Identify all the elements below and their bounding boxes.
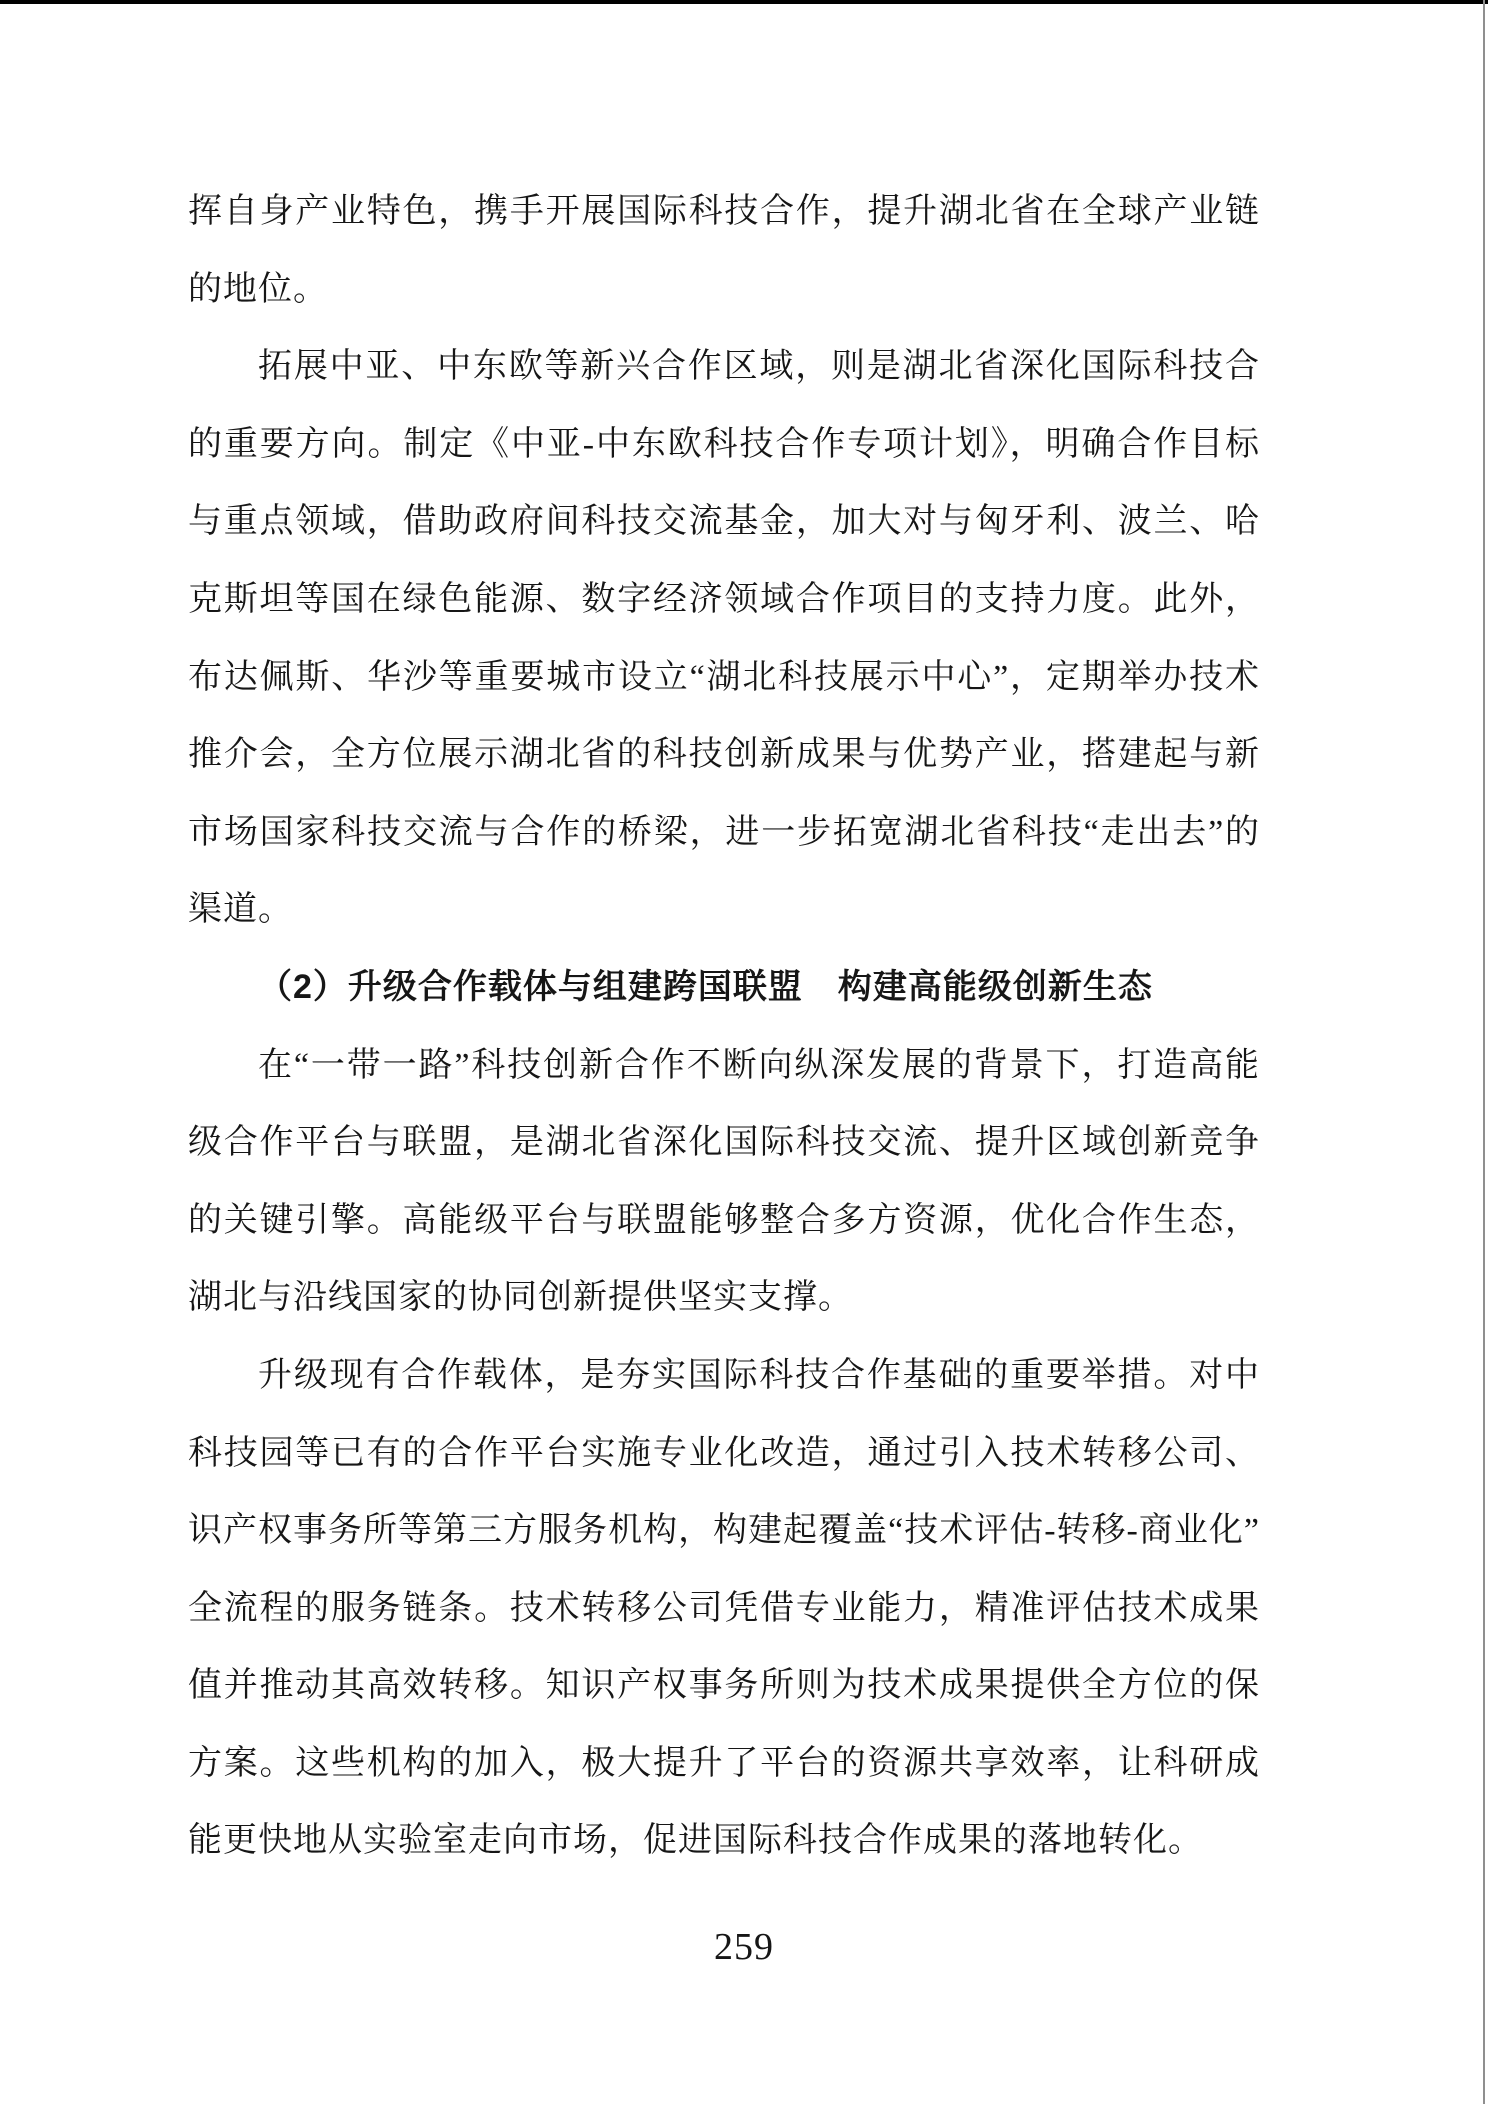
text-line: 值并推动其高效转移。知识产权事务所则为技术成果提供全方位的保护 (188, 1647, 1260, 1725)
text-line: 全流程的服务链条。技术转移公司凭借专业能力，精准评估技术成果价 (188, 1570, 1260, 1648)
page-number: 259 (0, 1922, 1488, 1972)
text-line: 推介会，全方位展示湖北省的科技创新成果与优势产业，搭建起与新兴 (188, 716, 1260, 794)
text-line: 级合作平台与联盟，是湖北省深化国际科技交流、提升区域创新竞争力 (188, 1104, 1260, 1182)
text-line: 科技园等已有的合作平台实施专业化改造，通过引入技术转移公司、知 (188, 1415, 1260, 1493)
text-line: 升级现有合作载体，是夯实国际科技合作基础的重要举措。对中比 (188, 1337, 1260, 1415)
top-edge-rule (0, 0, 1488, 4)
text-line: 的地位。 (188, 251, 1260, 329)
section-heading: （2）升级合作载体与组建跨国联盟 构建高能级创新生态 (188, 949, 1260, 1027)
text-block: 挥自身产业特色，携手开展国际科技合作，提升湖北省在全球产业链中 的地位。 拓展中… (188, 173, 1260, 1880)
text-line: 挥自身产业特色，携手开展国际科技合作，提升湖北省在全球产业链中 (188, 173, 1260, 251)
text-line: 布达佩斯、华沙等重要城市设立“湖北科技展示中心”，定期举办技术 (188, 639, 1260, 717)
text-line: 的关键引擎。高能级平台与联盟能够整合多方资源，优化合作生态，为 (188, 1182, 1260, 1260)
text-line: 拓展中亚、中东欧等新兴合作区域，则是湖北省深化国际科技合作 (188, 328, 1260, 406)
text-line: 与重点领域，借助政府间科技交流基金，加大对与匈牙利、波兰、哈萨 (188, 483, 1260, 561)
text-line: 克斯坦等国在绿色能源、数字经济领域合作项目的支持力度。此外，在 (188, 561, 1260, 639)
text-line: 在“一带一路”科技创新合作不断向纵深发展的背景下，打造高能 (188, 1027, 1260, 1105)
text-line: 湖北与沿线国家的协同创新提供坚实支撑。 (188, 1259, 1260, 1337)
text-line: 能更快地从实验室走向市场，促进国际科技合作成果的落地转化。 (188, 1802, 1260, 1880)
text-line: 识产权事务所等第三方服务机构，构建起覆盖“技术评估-转移-商业化” (188, 1492, 1260, 1570)
text-line: 方案。这些机构的加入，极大提升了平台的资源共享效率，让科研成果 (188, 1725, 1260, 1803)
text-line: 的重要方向。制定《中亚-中东欧科技合作专项计划》，明确合作目标 (188, 406, 1260, 484)
right-edge-rule (1483, 0, 1485, 2104)
text-line: 渠道。 (188, 871, 1260, 949)
text-line: 市场国家科技交流与合作的桥梁，进一步拓宽湖北省科技“走出去”的 (188, 794, 1260, 872)
document-page: 挥自身产业特色，携手开展国际科技合作，提升湖北省在全球产业链中 的地位。 拓展中… (0, 0, 1488, 2104)
